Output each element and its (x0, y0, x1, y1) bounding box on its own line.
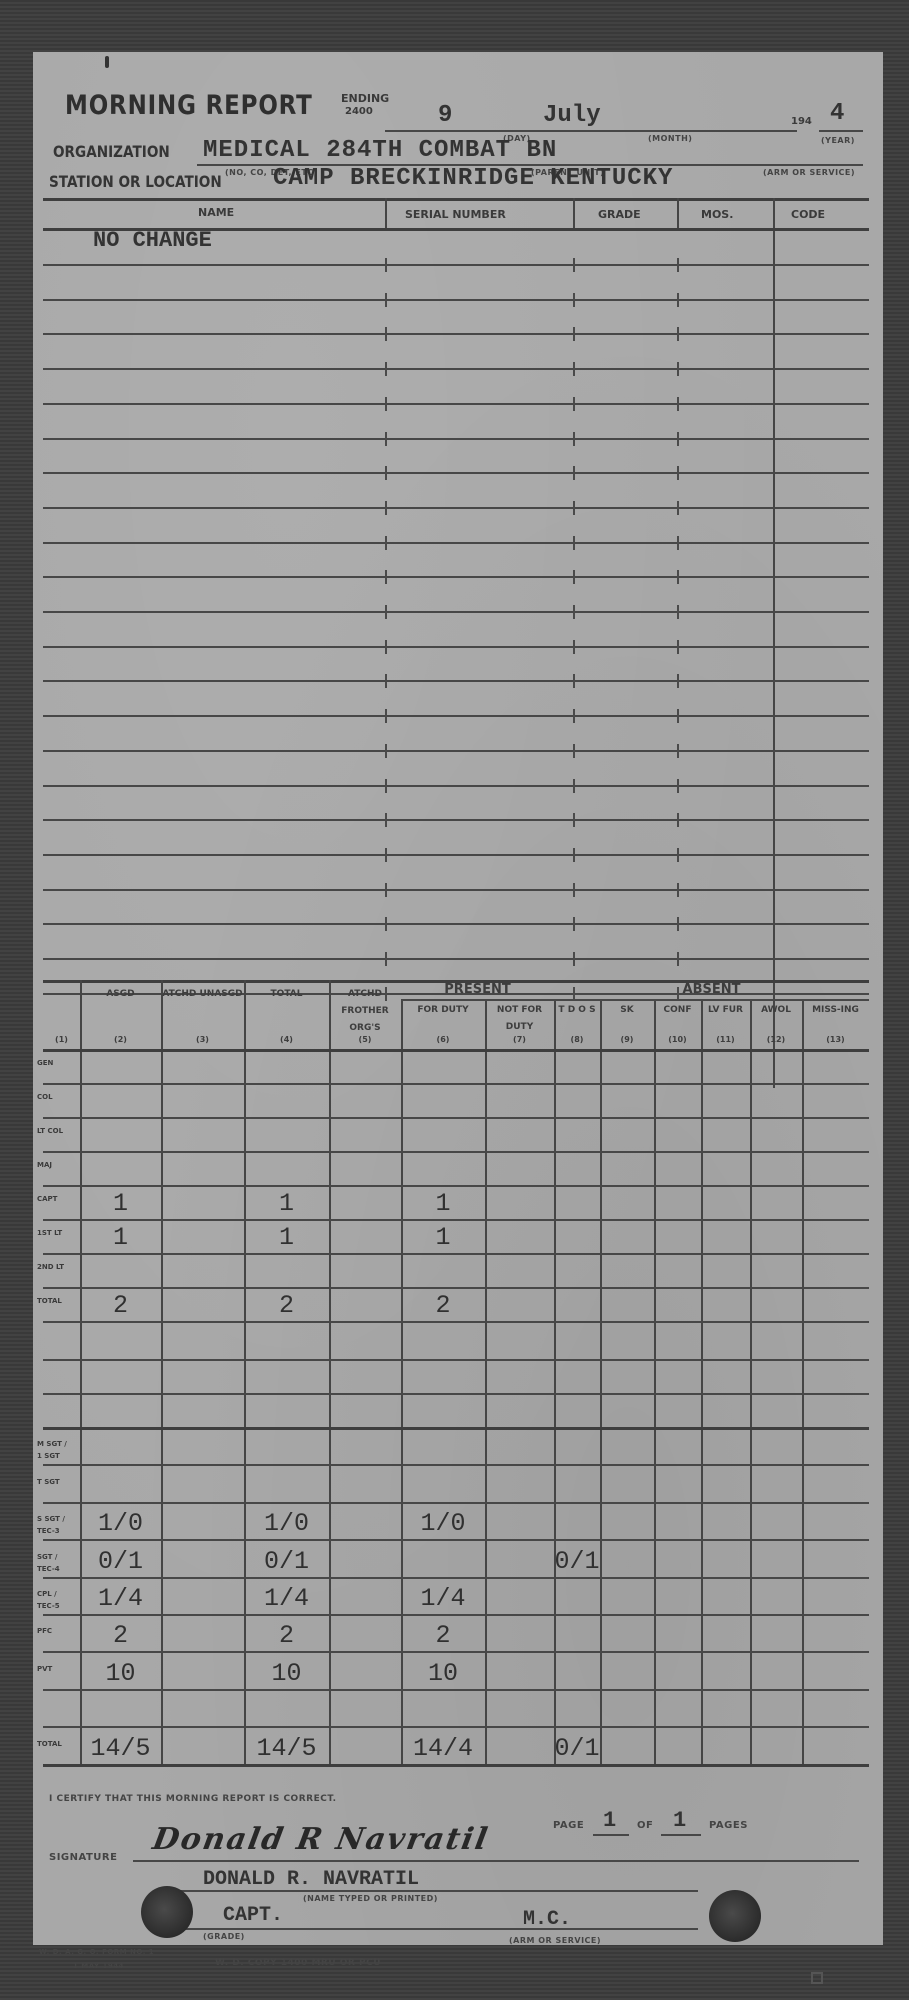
certify-text: I CERTIFY THAT THIS MORNING REPORT IS CO… (49, 1794, 337, 1804)
strength-col-header: AWOL (750, 1002, 802, 1019)
roster-header-mos: MOS. (701, 208, 733, 221)
roster-header-code: CODE (791, 208, 825, 221)
strength-col-header: FOR DUTY (401, 1002, 485, 1019)
strength-cell: 14/5 (244, 1734, 329, 1763)
strength-row-line (43, 1253, 869, 1255)
roster-row-line (43, 819, 869, 821)
page-total: 1 (673, 1808, 686, 1833)
strength-cell: 1 (80, 1189, 161, 1218)
strength-cell: 14/5 (80, 1734, 161, 1763)
roster-col-divider (677, 198, 679, 228)
strength-col-number: (6) (401, 1031, 485, 1048)
form-date: 1 MAY 1944 (73, 1962, 124, 1970)
roster-col-tick (385, 605, 387, 619)
org-caption-arm: (ARM OR SERVICE) (763, 168, 855, 177)
roster-col-tick (677, 813, 679, 827)
roster-col-tick (573, 883, 575, 897)
roster-col-tick (385, 917, 387, 931)
pages-label: PAGES (709, 1820, 748, 1831)
roster-row-line (43, 680, 869, 682)
roster-row-line (43, 923, 869, 925)
roster-col-tick (385, 327, 387, 341)
of-label: OF (637, 1820, 653, 1831)
roster-col-tick (677, 536, 679, 550)
roster-row-line (43, 368, 869, 370)
strength-row-label: GEN (37, 1057, 71, 1069)
roster-col-tick (573, 779, 575, 793)
punch-hole-right (709, 1890, 761, 1942)
roster-col-tick (677, 501, 679, 515)
roster-col-tick (573, 397, 575, 411)
strength-cell: 0/1 (554, 1547, 600, 1576)
arm-caption: (ARM OR SERVICE) (509, 1936, 601, 1945)
roster-row-line (43, 750, 869, 752)
roster-col-tick (573, 536, 575, 550)
strength-cell: 1 (244, 1189, 329, 1218)
strength-col-header: ASGD (80, 986, 161, 1003)
station-value: CAMP BRECKINRIDGE KENTUCKY (273, 165, 673, 192)
strength-row-line (43, 1359, 869, 1361)
strength-col-header: TOTAL (244, 986, 329, 1003)
roster-col-tick (385, 709, 387, 723)
strength-col-number: (3) (161, 1031, 244, 1048)
strength-row-line (43, 1219, 869, 1221)
report-day: 9 (438, 102, 452, 129)
strength-col-divider (600, 1000, 602, 1764)
roster-col-tick (677, 466, 679, 480)
roster-row-line (43, 576, 869, 578)
strength-cell: 2 (80, 1621, 161, 1650)
strength-col-number: (13) (802, 1031, 869, 1048)
ending-time: 2400 (345, 106, 373, 117)
roster-col-tick (677, 432, 679, 446)
roster-col-tick (573, 744, 575, 758)
roster-col-tick (385, 501, 387, 515)
roster-col-tick (385, 744, 387, 758)
strength-col-number: (2) (80, 1031, 161, 1048)
roster-col-tick (385, 883, 387, 897)
strength-col-number: (4) (244, 1031, 329, 1048)
roster-col-tick (677, 952, 679, 966)
strength-col-divider (485, 1000, 487, 1764)
strength-col-number: (7) (485, 1031, 554, 1048)
strength-row-label: 2ND LT (37, 1261, 71, 1273)
header-rule (43, 198, 869, 201)
ink-mark (105, 56, 109, 68)
year-caption: (YEAR) (821, 136, 855, 145)
strength-cell: 1 (401, 1223, 485, 1252)
strength-col-header: LV FUR (701, 1002, 750, 1019)
strength-row-line (43, 1185, 869, 1187)
roster-code-divider (773, 198, 775, 1088)
strength-cell: 1/4 (80, 1584, 161, 1613)
strength-cell: 2 (244, 1291, 329, 1320)
roster-col-tick (677, 605, 679, 619)
strength-col-divider (161, 980, 163, 1764)
strength-cell: 0/1 (244, 1547, 329, 1576)
roster-col-tick (385, 362, 387, 376)
roster-col-tick (677, 570, 679, 584)
station-label: STATION OR LOCATION (49, 172, 222, 191)
roster-entry: NO CHANGE (93, 228, 212, 253)
roster-row-line (43, 785, 869, 787)
morning-report-form: MORNING REPORT ENDING 2400 9 July 194 4 … (33, 52, 883, 1945)
strength-cell: 1/4 (244, 1584, 329, 1613)
strength-row-label: S SGT / TEC-3 (37, 1513, 71, 1537)
name-underline (168, 1890, 698, 1892)
group-absent: ABSENT (554, 981, 869, 998)
strength-col-divider (802, 1000, 804, 1764)
roster-col-tick (573, 432, 575, 446)
corner-box-mark (811, 1972, 823, 1984)
strength-col-number: (5) (329, 1031, 401, 1048)
strength-cell: 1/0 (80, 1509, 161, 1538)
roster-col-tick (677, 327, 679, 341)
strength-row-label: PVT (37, 1663, 71, 1675)
roster-header-serial: SERIAL NUMBER (405, 208, 506, 221)
signature-label: SIGNATURE (49, 1852, 117, 1863)
strength-col-number: (1) (43, 1031, 80, 1048)
roster-col-divider (573, 198, 575, 228)
name-caption: (NAME TYPED OR PRINTED) (303, 1894, 438, 1903)
strength-cell: 0/1 (80, 1547, 161, 1576)
strength-bottom-rule (43, 1764, 869, 1767)
roster-row-line (43, 646, 869, 648)
strength-col-header: CONF (654, 1002, 701, 1019)
strength-col-header: ATCHD UNASGD (161, 986, 244, 1003)
roster-col-tick (385, 293, 387, 307)
strength-col-divider (750, 1000, 752, 1764)
strength-row-line (43, 1502, 869, 1504)
roster-header-name: NAME (198, 206, 234, 219)
strength-row-line (43, 1151, 869, 1153)
roster-col-tick (573, 293, 575, 307)
roster-col-tick (573, 640, 575, 654)
strength-cell: 1/0 (244, 1509, 329, 1538)
strength-section-rule (43, 1427, 869, 1430)
strength-cell: 1 (401, 1189, 485, 1218)
roster-col-tick (677, 362, 679, 376)
roster-col-tick (573, 674, 575, 688)
page-number: 1 (603, 1808, 616, 1833)
roster-col-tick (677, 744, 679, 758)
organization-value: MEDICAL 284TH COMBAT BN (203, 137, 557, 164)
roster-row-line (43, 264, 869, 266)
roster-col-tick (573, 917, 575, 931)
strength-row-label: SGT / TEC-4 (37, 1551, 71, 1575)
strength-row-line (43, 1689, 869, 1691)
roster-row-line (43, 611, 869, 613)
strength-cell: 2 (401, 1621, 485, 1650)
strength-cell: 14/4 (401, 1734, 485, 1763)
strength-row-line (43, 1083, 869, 1085)
group-present: PRESENT (401, 981, 554, 998)
roster-col-tick (677, 917, 679, 931)
strength-col-divider (329, 980, 331, 1764)
strength-cell: 0/1 (554, 1734, 600, 1763)
roster-col-tick (385, 779, 387, 793)
roster-col-divider (385, 198, 387, 228)
roster-col-tick (385, 432, 387, 446)
strength-row-label: COL (37, 1091, 71, 1103)
roster-col-tick (385, 466, 387, 480)
strength-row-label: 1ST LT (37, 1227, 71, 1239)
group-header-rule (401, 999, 869, 1001)
roster-row-line (43, 299, 869, 301)
strength-row-label: PFC (37, 1625, 71, 1637)
roster-col-tick (385, 674, 387, 688)
officer-grade: CAPT. (223, 1904, 283, 1927)
roster-col-tick (385, 813, 387, 827)
strength-row-label: T SGT (37, 1476, 71, 1488)
strength-cell: 2 (80, 1291, 161, 1320)
roster-row-line (43, 958, 869, 960)
strength-row-line (43, 1577, 869, 1579)
strength-col-header: ATCHD FROTHER ORG'S (329, 986, 401, 1037)
roster-col-tick (385, 258, 387, 272)
roster-col-tick (573, 813, 575, 827)
strength-row-line (43, 1393, 869, 1395)
roster-col-tick (385, 397, 387, 411)
strength-header-rule (43, 1049, 869, 1052)
page-label: PAGE (553, 1820, 584, 1831)
roster-col-tick (385, 952, 387, 966)
roster-col-tick (385, 570, 387, 584)
roster-col-tick (677, 709, 679, 723)
roster-col-tick (677, 258, 679, 272)
roster-col-tick (677, 397, 679, 411)
roster-row-line (43, 854, 869, 856)
strength-row-label: TOTAL (37, 1738, 71, 1750)
strength-row-line (43, 1464, 869, 1466)
strength-row-label: CPL / TEC-5 (37, 1588, 71, 1612)
strength-col-divider (554, 1000, 556, 1764)
roster-col-tick (677, 674, 679, 688)
roster-col-tick (573, 501, 575, 515)
ending-label: ENDING (341, 92, 389, 105)
strength-cell: 2 (244, 1621, 329, 1650)
officer-name: DONALD R. NAVRATIL (203, 1868, 419, 1891)
strength-row-label: LT COL (37, 1125, 71, 1137)
roster-row-line (43, 403, 869, 405)
strength-row-line (43, 1321, 869, 1323)
roster-row-line (43, 889, 869, 891)
roster-col-tick (677, 293, 679, 307)
strength-cell: 10 (244, 1659, 329, 1688)
roster-row-line (43, 507, 869, 509)
strength-col-number: (8) (554, 1031, 600, 1048)
strength-col-number: (9) (600, 1031, 654, 1048)
report-year: 4 (830, 100, 844, 127)
roster-col-tick (573, 605, 575, 619)
strength-row-label: M SGT / 1 SGT (37, 1438, 71, 1462)
strength-cell: 1 (244, 1223, 329, 1252)
roster-col-tick (573, 570, 575, 584)
form-note: W. D. COPY 1400 MRU OR PCU (215, 1958, 381, 1968)
roster-col-tick (573, 258, 575, 272)
strength-cell: 1/4 (401, 1584, 485, 1613)
strength-row-label: CAPT (37, 1193, 71, 1205)
strength-row-line (43, 1726, 869, 1728)
roster-row-line (43, 472, 869, 474)
roster-col-tick (677, 883, 679, 897)
strength-row-line (43, 1651, 869, 1653)
strength-cell: 1 (80, 1223, 161, 1252)
organization-label: ORGANIZATION (53, 142, 170, 161)
date-underline (385, 130, 797, 132)
roster-col-tick (385, 640, 387, 654)
roster-row-line (43, 542, 869, 544)
roster-col-tick (573, 327, 575, 341)
roster-row-line (43, 715, 869, 717)
strength-col-divider (654, 1000, 656, 1764)
strength-col-number: (12) (750, 1031, 802, 1048)
month-caption: (MONTH) (648, 134, 692, 143)
pages-underline (661, 1834, 701, 1836)
roster-header-grade: GRADE (598, 208, 641, 221)
strength-row-label: TOTAL (37, 1295, 71, 1307)
strength-col-number: (10) (654, 1031, 701, 1048)
roster-col-tick (573, 952, 575, 966)
strength-cell: 10 (80, 1659, 161, 1688)
form-id: W. D. A. G. O. FORM NO. 1 (39, 1948, 154, 1956)
strength-cell: 10 (401, 1659, 485, 1688)
roster-col-tick (573, 466, 575, 480)
page-underline (593, 1834, 629, 1836)
punch-hole-left (141, 1886, 193, 1938)
roster-row-line (43, 438, 869, 440)
roster-col-tick (573, 709, 575, 723)
strength-row-line (43, 1539, 869, 1541)
strength-row-label: MAJ (37, 1159, 71, 1171)
year-prefix: 194 (791, 116, 812, 127)
form-title: MORNING REPORT (65, 90, 313, 121)
roster-col-tick (385, 848, 387, 862)
roster-col-tick (677, 779, 679, 793)
roster-col-tick (677, 848, 679, 862)
roster-row-line (43, 333, 869, 335)
strength-col-number: (11) (701, 1031, 750, 1048)
report-month: July (543, 102, 601, 129)
strength-cell: 2 (401, 1291, 485, 1320)
strength-row-line (43, 1117, 869, 1119)
roster-col-tick (677, 640, 679, 654)
year-underline (819, 130, 863, 132)
strength-col-divider (701, 1000, 703, 1764)
roster-col-tick (573, 848, 575, 862)
signature-underline (133, 1860, 859, 1862)
handwritten-signature: Donald R Navratil (150, 1822, 492, 1857)
strength-cell: 1/0 (401, 1509, 485, 1538)
strength-col-header: T D O S (554, 1002, 600, 1019)
roster-col-tick (573, 362, 575, 376)
strength-row-line (43, 1287, 869, 1289)
roster-col-tick (385, 536, 387, 550)
grade-underline (168, 1928, 698, 1930)
grade-caption: (GRADE) (203, 1932, 245, 1941)
strength-col-header: SK (600, 1002, 654, 1019)
strength-col-header: MISS-ING (802, 1002, 869, 1019)
strength-row-line (43, 1614, 869, 1616)
